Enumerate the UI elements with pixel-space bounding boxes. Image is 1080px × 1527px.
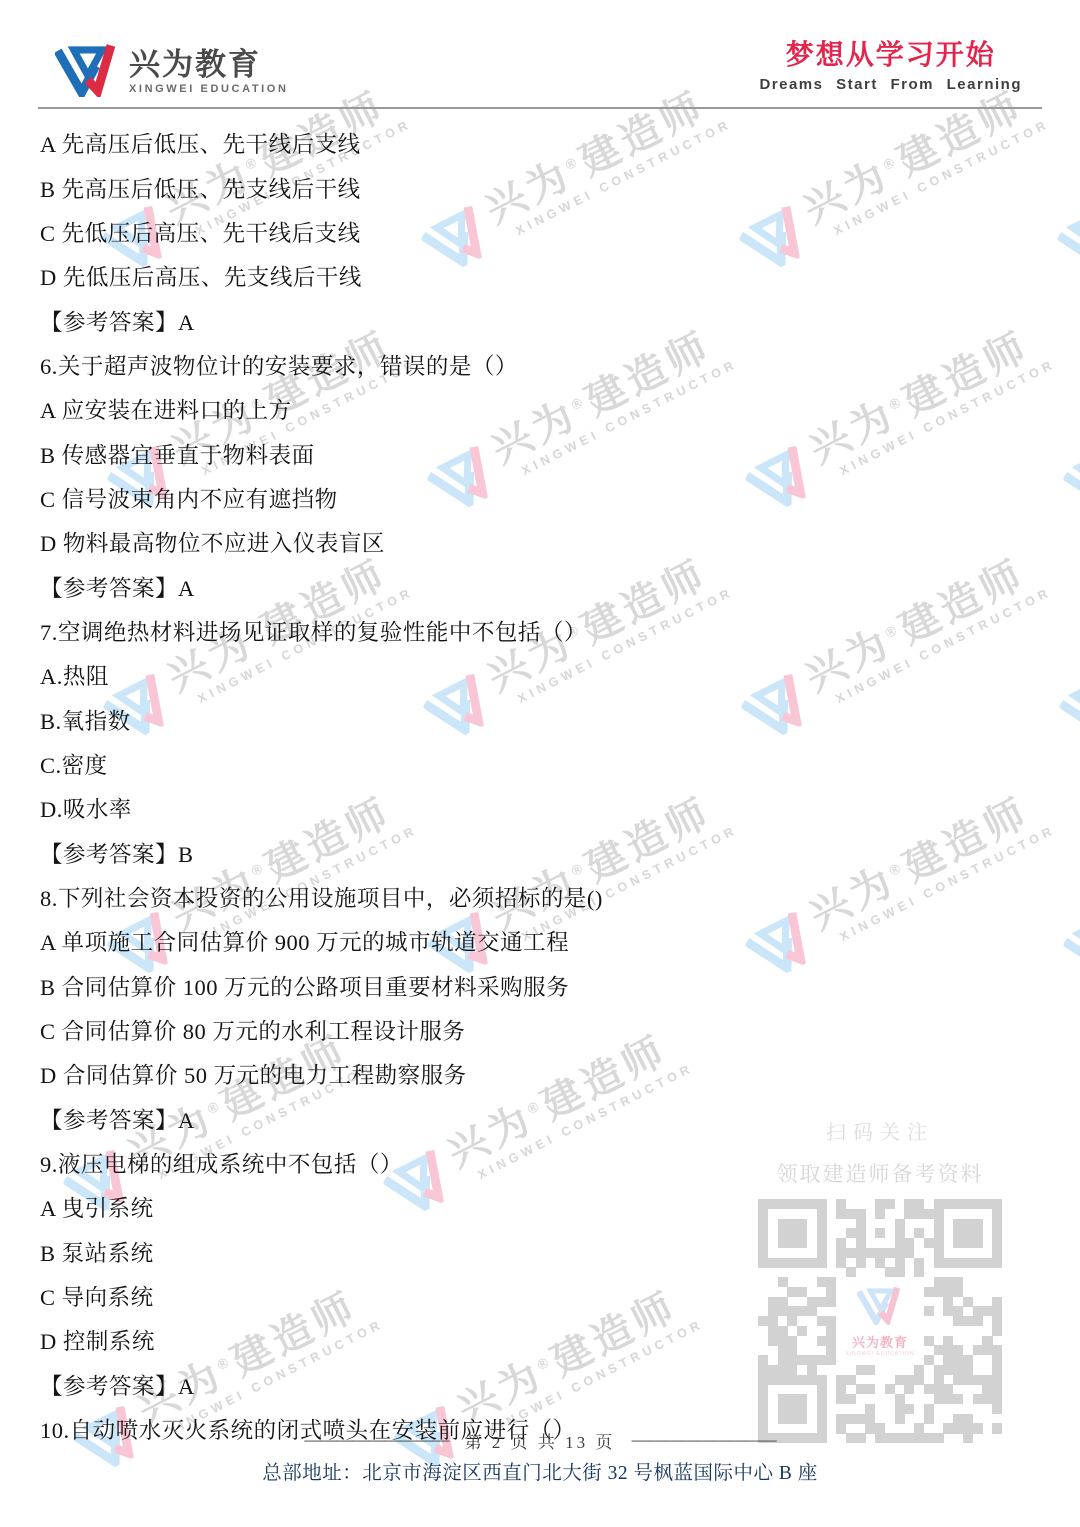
xingwei-logo-icon bbox=[1054, 668, 1080, 746]
xingwei-logo-icon bbox=[55, 42, 119, 102]
xingwei-logo-icon bbox=[55, 42, 119, 97]
answer-line: 【参考答案】A bbox=[40, 1097, 1040, 1141]
watermark: 兴为®建造师XINGWEI CONSTRUCTOR bbox=[1054, 546, 1080, 746]
content-line: B.氧指数 bbox=[40, 697, 1040, 741]
content-line: C 信号波束角内不应有遮挡物 bbox=[40, 476, 1040, 520]
answer-line: 【参考答案】A bbox=[40, 564, 1040, 608]
answer-line: 【参考答案】A bbox=[40, 298, 1040, 342]
watermark: 兴为®建造师XINGWEI CONSTRUCTOR bbox=[1058, 318, 1080, 518]
content-line: A.热阻 bbox=[40, 653, 1040, 697]
content-line: A 曳引系统 bbox=[40, 1185, 1040, 1229]
content-line: A 单项施工合同估算价 900 万元的城市轨道交通工程 bbox=[40, 919, 1040, 963]
brand-name-cn: 兴为教育 bbox=[129, 49, 289, 82]
content-line: D 控制系统 bbox=[40, 1318, 1040, 1362]
content-line: 9.液压电梯的组成系统中不包括（） bbox=[40, 1141, 1040, 1185]
answer-line: 【参考答案】B bbox=[40, 831, 1040, 875]
content-line: 7.空调绝热材料进场见证取样的复验性能中不包括（） bbox=[40, 609, 1040, 653]
content-line: A 应安装在进料口的上方 bbox=[40, 387, 1040, 431]
content-line: B 传感器宜垂直于物料表面 bbox=[40, 431, 1040, 475]
content-line: 6.关于超声波物位计的安装要求，错误的是（） bbox=[40, 343, 1040, 387]
content-line: B 先高压后低压、先支线后干线 bbox=[40, 165, 1040, 209]
header-slogan: 梦想从学习开始 Dreams Start From Learning bbox=[759, 40, 1022, 93]
content-line: A 先高压后低压、先干线后支线 bbox=[40, 121, 1040, 165]
slogan-en: Dreams Start From Learning bbox=[759, 76, 1022, 93]
exam-content: A 先高压后低压、先干线后支线B 先高压后低压、先支线后干线C 先低压后高压、先… bbox=[40, 121, 1040, 1451]
footer-dashes-left: ————————— bbox=[304, 1430, 448, 1449]
slogan-cn: 梦想从学习开始 bbox=[759, 40, 1022, 71]
brand-logo: 兴为教育 XINGWEI EDUCATION bbox=[55, 42, 289, 102]
content-line: C 导向系统 bbox=[40, 1274, 1040, 1318]
content-line: D 物料最高物位不应进入仪表盲区 bbox=[40, 520, 1040, 564]
header-divider bbox=[38, 107, 1042, 109]
watermark: 兴为®建造师XINGWEI CONSTRUCTOR bbox=[1058, 784, 1080, 984]
content-line: D.吸水率 bbox=[40, 786, 1040, 830]
content-line: B 合同估算价 100 万元的公路项目重要材料采购服务 bbox=[40, 964, 1040, 1008]
content-line: C 先低压后高压、先干线后支线 bbox=[40, 210, 1040, 254]
content-line: D 合同估算价 50 万元的电力工程勘察服务 bbox=[40, 1052, 1040, 1096]
content-line: C 合同估算价 80 万元的水利工程设计服务 bbox=[40, 1008, 1040, 1052]
footer-dashes-right: ————————— bbox=[632, 1430, 776, 1449]
xingwei-logo-icon bbox=[1058, 906, 1080, 984]
xingwei-logo-icon bbox=[1052, 200, 1080, 278]
watermark: 兴为®建造师XINGWEI CONSTRUCTOR bbox=[1052, 78, 1080, 278]
footer-address: 总部地址：北京市海淀区西直门北大街 32 号枫蓝国际中心 B 座 bbox=[0, 1457, 1080, 1485]
content-line: B 泵站系统 bbox=[40, 1230, 1040, 1274]
document-page: 兴为®建造师XINGWEI CONSTRUCTOR兴为®建造师XINGWEI C… bbox=[0, 0, 1080, 1527]
content-line: C.密度 bbox=[40, 742, 1040, 786]
content-line: 8.下列社会资本投资的公用设施项目中，必须招标的是() bbox=[40, 875, 1040, 919]
content-line: D 先低压后高压、先支线后干线 bbox=[40, 254, 1040, 298]
brand-name-en: XINGWEI EDUCATION bbox=[129, 83, 289, 95]
page-number: 第 2 页 共 13 页 bbox=[465, 1433, 616, 1452]
footer-page-line: ————————— 第 2 页 共 13 页 ————————— bbox=[0, 1428, 1080, 1453]
xingwei-logo-icon bbox=[1058, 440, 1080, 518]
answer-line: 【参考答案】A bbox=[40, 1363, 1040, 1407]
